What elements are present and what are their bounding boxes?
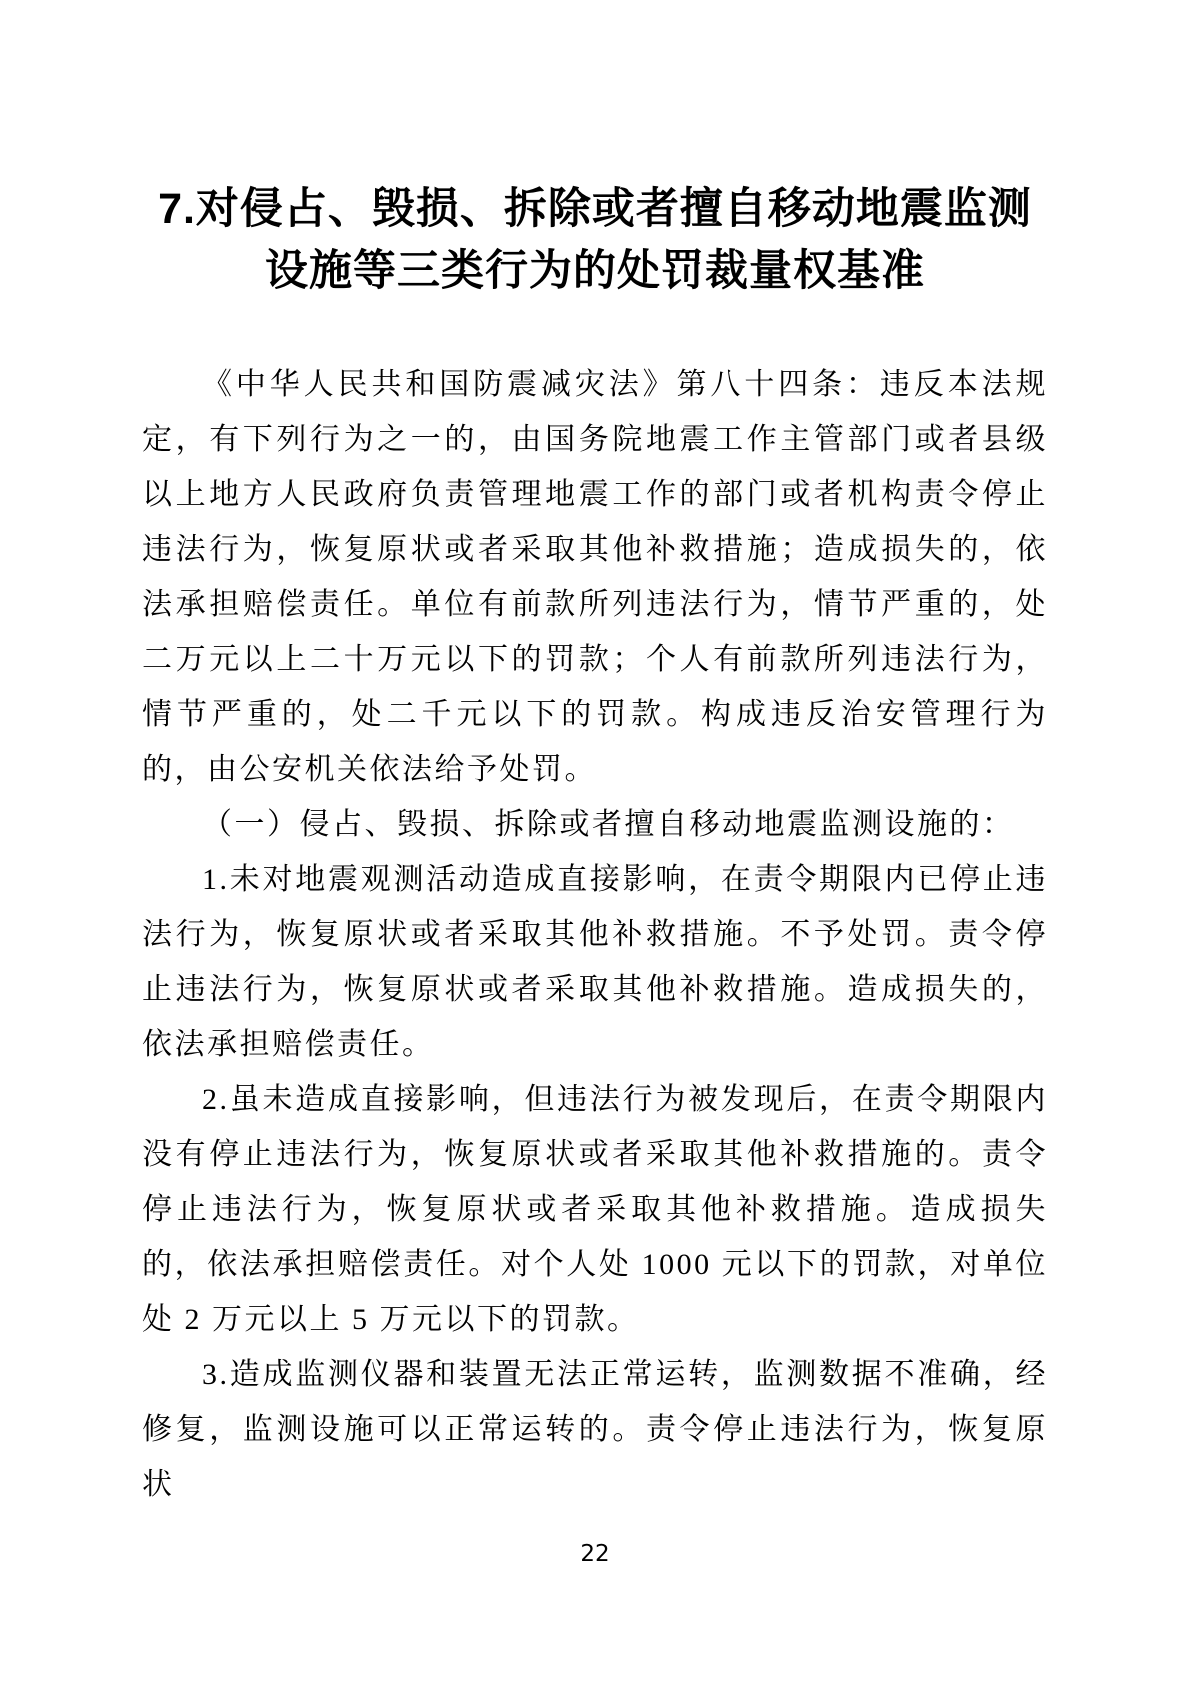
page-content: 7.对侵占、毁损、拆除或者擅自移动地震监测设施等三类行为的处罚裁量权基准 《中华… — [142, 0, 1048, 1512]
paragraph-law-citation: 《中华人民共和国防震减灾法》第八十四条：违反本法规定，有下列行为之一的，由国务院… — [142, 357, 1048, 797]
document-title: 7.对侵占、毁损、拆除或者擅自移动地震监测设施等三类行为的处罚裁量权基准 — [142, 0, 1048, 302]
paragraph-section-one-heading: （一）侵占、毁损、拆除或者擅自移动地震监测设施的： — [142, 797, 1048, 852]
paragraph-item-2: 2.虽未造成直接影响，但违法行为被发现后，在责令期限内没有停止违法行为，恢复原状… — [142, 1072, 1048, 1347]
document-body: 《中华人民共和国防震减灾法》第八十四条：违反本法规定，有下列行为之一的，由国务院… — [142, 357, 1048, 1512]
paragraph-item-1: 1.未对地震观测活动造成直接影响，在责令期限内已停止违法行为，恢复原状或者采取其… — [142, 852, 1048, 1072]
paragraph-item-3: 3.造成监测仪器和装置无法正常运转，监测数据不准确，经修复，监测设施可以正常运转… — [142, 1347, 1048, 1512]
page-number: 22 — [0, 1540, 1190, 1568]
document-page: 7.对侵占、毁损、拆除或者擅自移动地震监测设施等三类行为的处罚裁量权基准 《中华… — [0, 0, 1190, 1683]
